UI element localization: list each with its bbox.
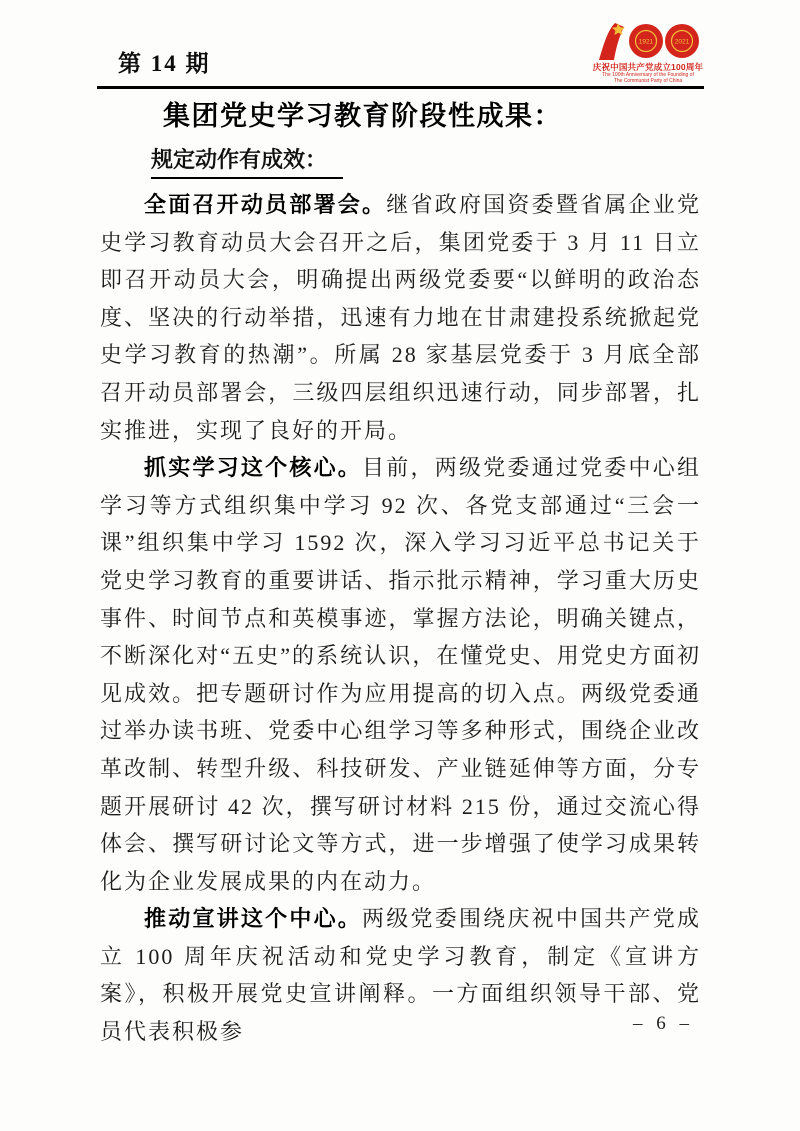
paragraph-2: 抓实学习这个核心。目前，两级党委通过党委中心组学习等方式组织集中学习 92 次、… (100, 449, 701, 900)
paragraph-2-lead: 抓实学习这个核心。 (144, 455, 362, 480)
page-number: – 6 – (633, 1013, 690, 1035)
anniversary-logo: 1921 2021 庆祝中国共产党成立100周年 The 100th Anniv… (591, 21, 705, 84)
paragraph-3: 推动宣讲这个中心。两级党委围绕庆祝中国共产党成立 100 周年庆祝活动和党史学习… (100, 900, 701, 1050)
paragraph-1: 全面召开动员部署会。继省政府国资委暨省属企业党史学习教育动员大会召开之后，集团党… (100, 186, 701, 449)
page-title: 集团党史学习教育阶段性成果： (163, 99, 701, 133)
section-subtitle: 规定动作有成效： (151, 145, 701, 179)
issue-label: 第 14 期 (118, 45, 211, 78)
paragraph-3-lead: 推动宣讲这个中心。 (144, 906, 362, 931)
document-page: 第 14 期 1921 2021 庆祝中国共产党成立100周年 The 100t… (0, 0, 800, 1131)
paragraph-1-lead: 全面召开动员部署会。 (144, 192, 386, 217)
paragraph-block: 全面召开动员部署会。继省政府国资委暨省属企业党史学习教育动员大会召开之后，集团党… (100, 186, 701, 1051)
year-left: 1921 (639, 39, 654, 46)
paragraph-1-text: 继省政府国资委暨省属企业党史学习教育动员大会召开之后，集团党委于 3 月 11 … (100, 192, 701, 443)
header-divider (97, 86, 704, 89)
logo-100-graphic: 1921 2021 (596, 21, 700, 61)
logo-english-line1: The 100th Anniversary of the Founding of (591, 72, 705, 78)
logo-caption: 庆祝中国共产党成立100周年 (591, 63, 705, 72)
logo-english-line2: The Communist Party of China (591, 78, 705, 84)
section-subtitle-text: 规定动作有成效： (151, 145, 343, 179)
year-right: 2021 (675, 39, 690, 46)
paragraph-2-text: 目前，两级党委通过党委中心组学习等方式组织集中学习 92 次、各党支部通过“三会… (100, 455, 701, 894)
document-body: 集团党史学习教育阶段性成果： 规定动作有成效： 全面召开动员部署会。继省政府国资… (100, 99, 701, 1051)
